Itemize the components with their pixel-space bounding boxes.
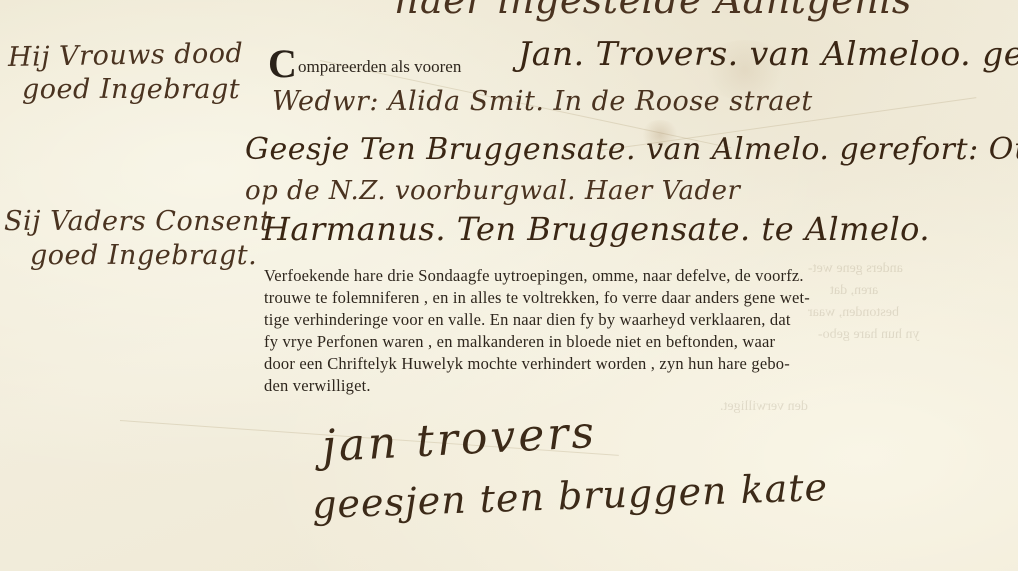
bleed-through-text: den verwilliget. — [720, 396, 808, 418]
bride-address-line: op de N.Z. voorburgwal. Haer Vader — [245, 176, 740, 206]
printed-body-line: den verwilliget. — [264, 376, 371, 396]
printed-body-line: fy vrye Perfonen waren , en malkanderen … — [264, 332, 775, 352]
signature-bride: geesjen ten bruggen kate — [311, 465, 828, 527]
printed-body-line: tige verhinderinge voor en valle. En naa… — [264, 310, 791, 330]
bride-name-line: Geesje Ten Bruggensate. van Almelo. gere… — [245, 132, 1018, 167]
margin-note-1-line-1: Hij Vrouws dood — [8, 38, 244, 73]
drop-cap: C — [268, 44, 297, 84]
printed-body-line: trouwe te folemniferen , en in alles te … — [264, 288, 810, 308]
margin-note-2-line-2: goed Ingebragt. — [30, 240, 257, 271]
header-handwriting-fragment: haer ingestelde Aantgenis — [395, 0, 912, 22]
signature-groom: jan trovers — [321, 407, 598, 472]
bleed-through-text: bestonden, waar — [808, 302, 899, 324]
margin-note-2-line-1: Sij Vaders Consent — [4, 206, 271, 237]
printed-body-line: Verfoekende hare drie Sondaagfe uytroepi… — [264, 266, 804, 286]
bleed-through-text: yn hun hare gebo- — [818, 324, 919, 346]
bleed-through-text: anders gene wet- — [808, 258, 903, 280]
printed-body-line: door een Chriftelyk Huwelyk mochte verhi… — [264, 354, 790, 374]
margin-note-1-line-2: goed Ingebragt — [22, 74, 240, 105]
register-page: anders gene wet- aren, dat bestonden, wa… — [0, 0, 1018, 571]
bleed-through-text: aren, dat — [830, 280, 878, 302]
printed-intro: ompareerden als vooren — [298, 57, 461, 77]
groom-name-line: Jan. Trovers. van Almeloo. gerefst: — [518, 34, 1018, 73]
groom-detail-line: Wedwr: Alida Smit. In de Roose straet — [272, 86, 813, 117]
father-line: Harmanus. Ten Bruggensate. te Almelo. — [262, 210, 930, 248]
